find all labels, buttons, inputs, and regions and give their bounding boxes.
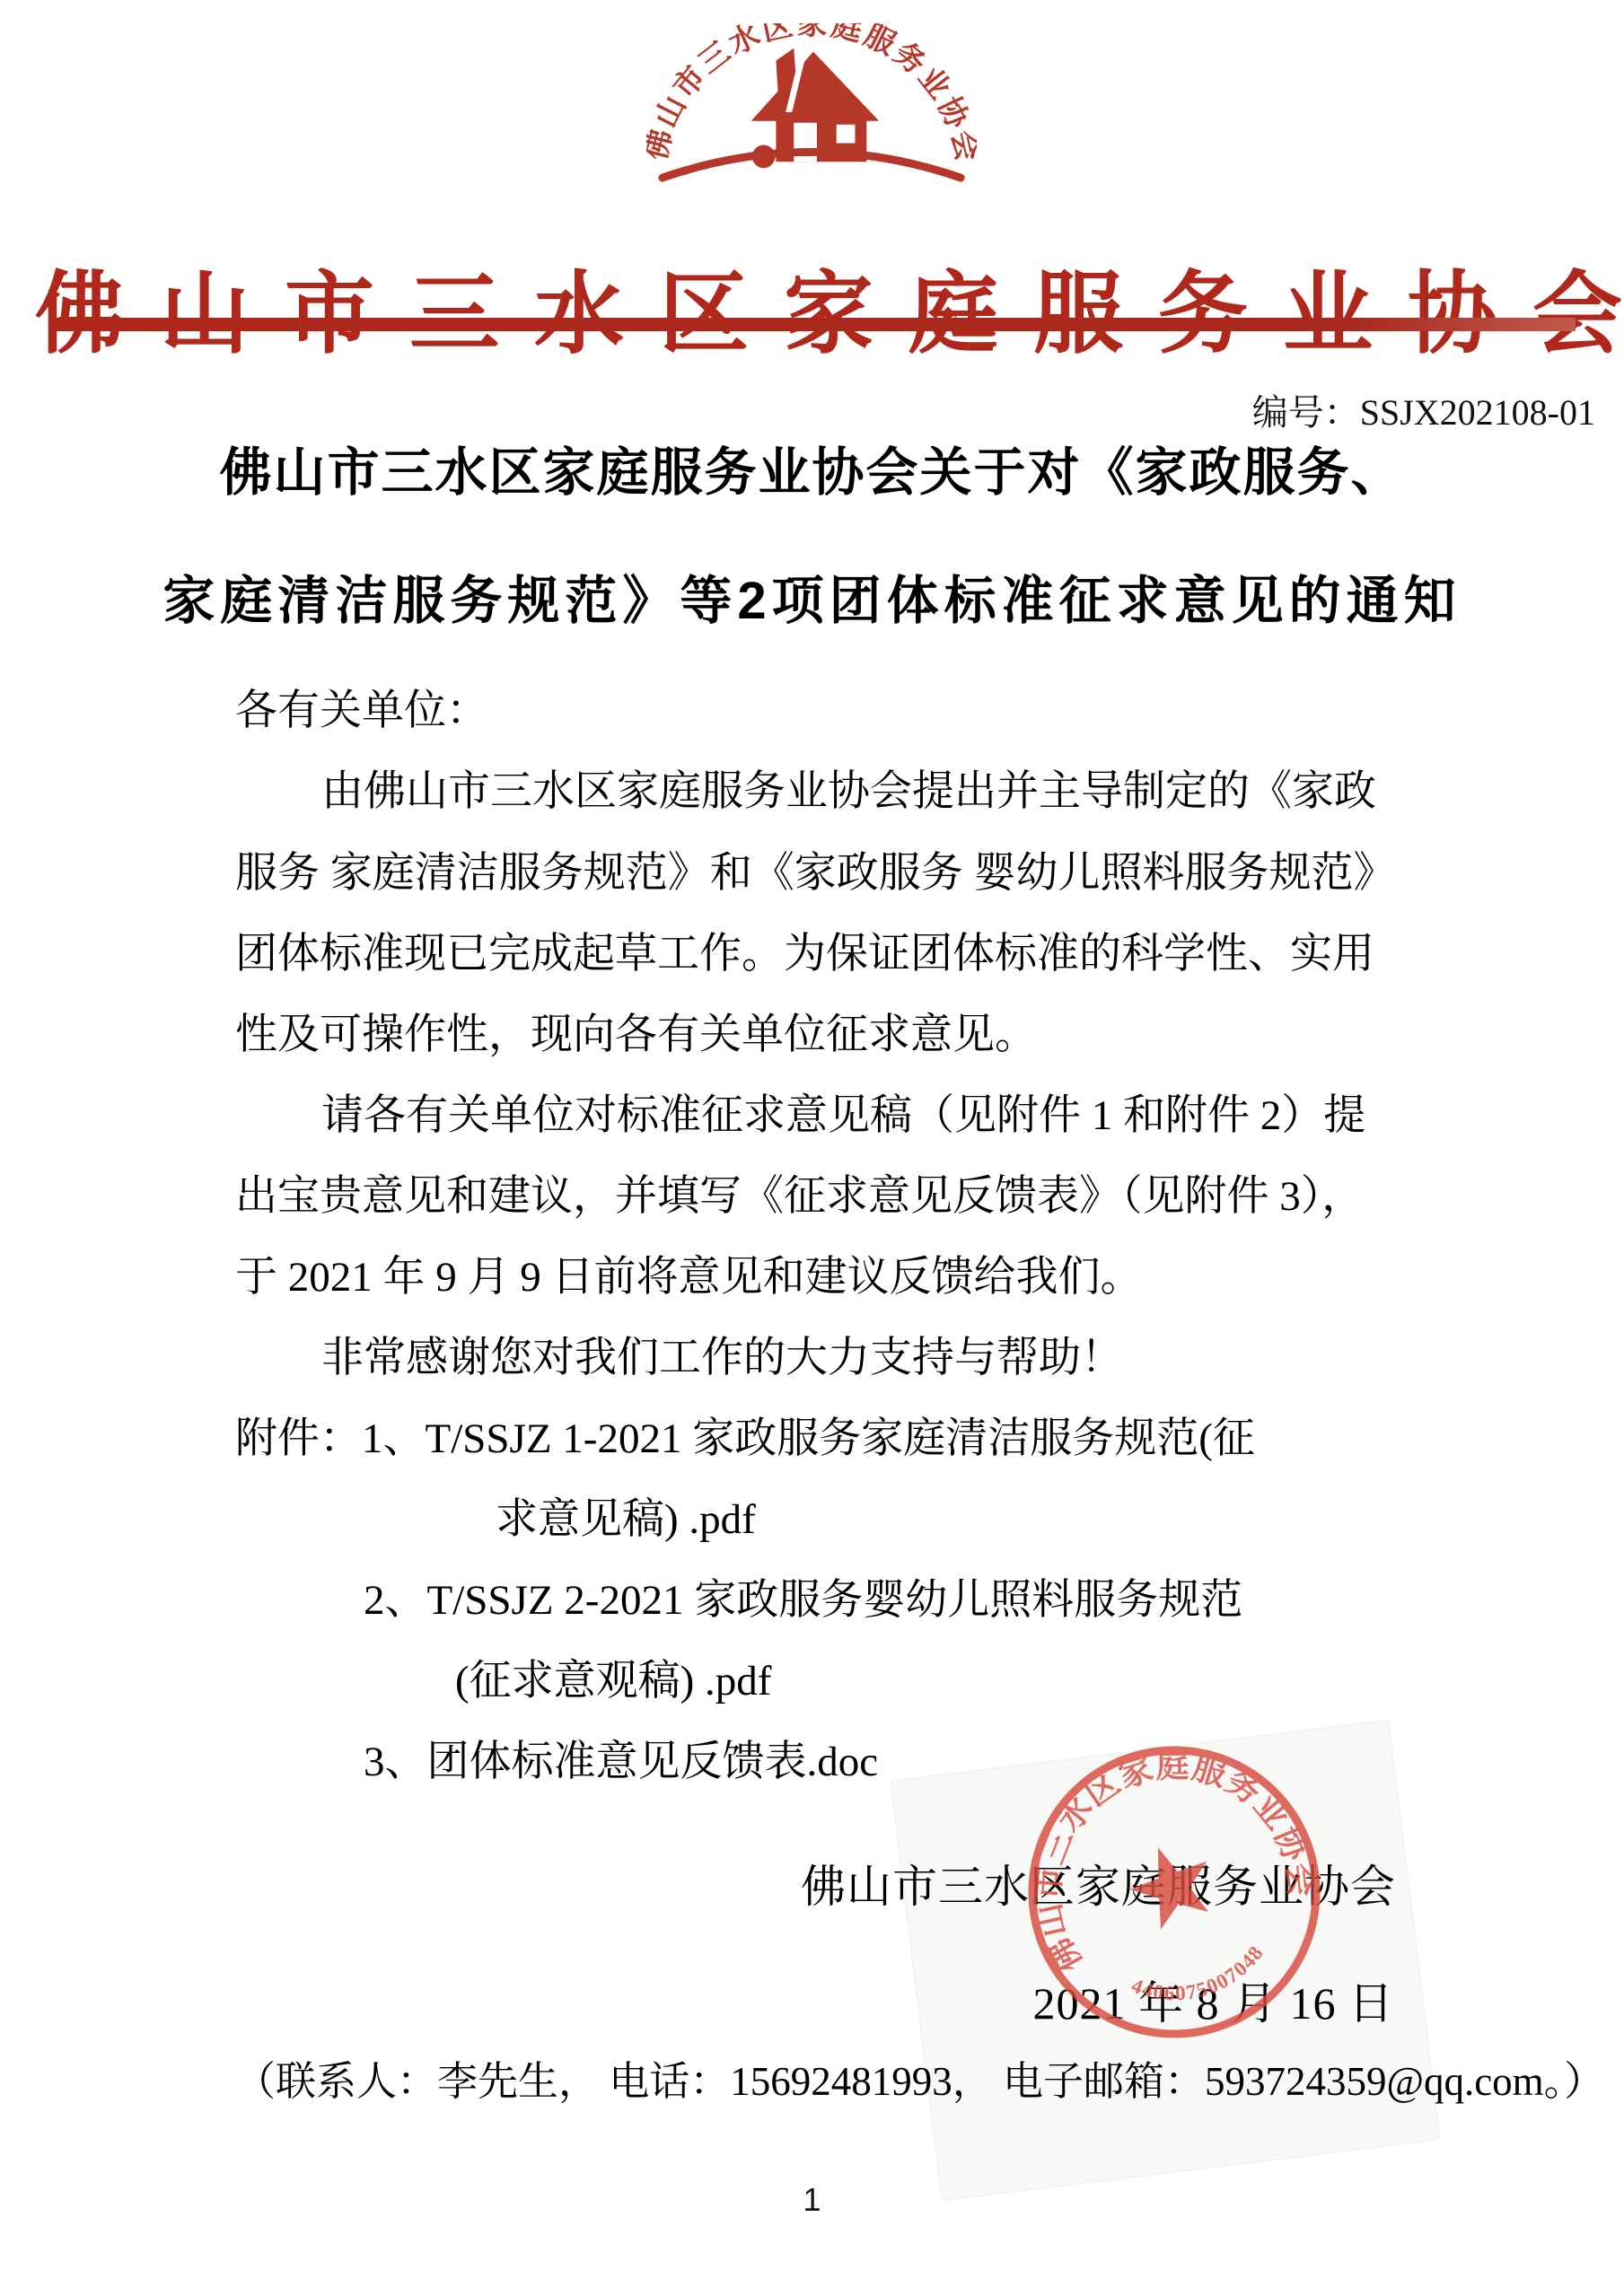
page-number: 1 bbox=[0, 2181, 1624, 2219]
attachment-line-1: 附件：1、T/SSJZ 1-2021 家政服务家庭清洁服务规范(征 bbox=[235, 1412, 1429, 1466]
masthead-org-name: 佛山市三水区家庭服务业协会 bbox=[0, 267, 1624, 362]
scanned-notice-page: 佛山市三水区家庭服务业协会 佛山市三水区家庭服务业协会 编号：SSJX20210… bbox=[0, 0, 1624, 2296]
doc-number: 编号：SSJX202108-01 bbox=[1252, 391, 1595, 434]
body-line: 团体标准现已完成起草工作。为保证团体标准的科学性、实用 bbox=[235, 927, 1429, 981]
body-line: 请各有关单位对标准征求意见稿（见附件 1 和附件 2）提 bbox=[235, 1089, 1429, 1143]
contact-info: （联系人：李先生， 电话：15692481993， 电子邮箱：593724359… bbox=[235, 2048, 1604, 2107]
seal-star-icon bbox=[1119, 1834, 1224, 1935]
attachment-line-2-cont: (征求意观稿) .pdf bbox=[235, 1654, 1429, 1708]
notice-title-line2: 家庭清洁服务规范》等2项团体标准征求意见的通知 bbox=[0, 572, 1624, 632]
body-line: 出宝贵意见和建议，并填写《征求意见反馈表》（见附件 3）， bbox=[235, 1170, 1429, 1223]
salutation: 各有关单位： bbox=[235, 684, 1429, 738]
attachment-line-2: 2、T/SSJZ 2-2021 家政服务婴幼儿照料服务规范 bbox=[235, 1573, 1429, 1627]
body-line: 于 2021 年 9 月 9 日前将意见和建议反馈给我们。 bbox=[235, 1250, 1429, 1304]
body-line: 由佛山市三水区家庭服务业协会提出并主导制定的《家政 bbox=[235, 765, 1429, 819]
red-divider bbox=[49, 318, 1576, 331]
body-line: 非常感谢您对我们工作的大力支持与帮助！ bbox=[235, 1331, 1429, 1385]
body-line: 性及可操作性，现向各有关单位征求意见。 bbox=[235, 1008, 1429, 1062]
notice-title-line1: 佛山市三水区家庭服务业协会关于对《家政服务、 bbox=[0, 443, 1624, 504]
body-line: 服务 家庭清洁服务规范》和《家政服务 婴幼儿照料服务规范》 bbox=[235, 846, 1429, 900]
attachment-line-1-cont: 求意见稿) .pdf bbox=[235, 1493, 1429, 1547]
association-logo: 佛山市三水区家庭服务业协会 bbox=[646, 23, 977, 183]
